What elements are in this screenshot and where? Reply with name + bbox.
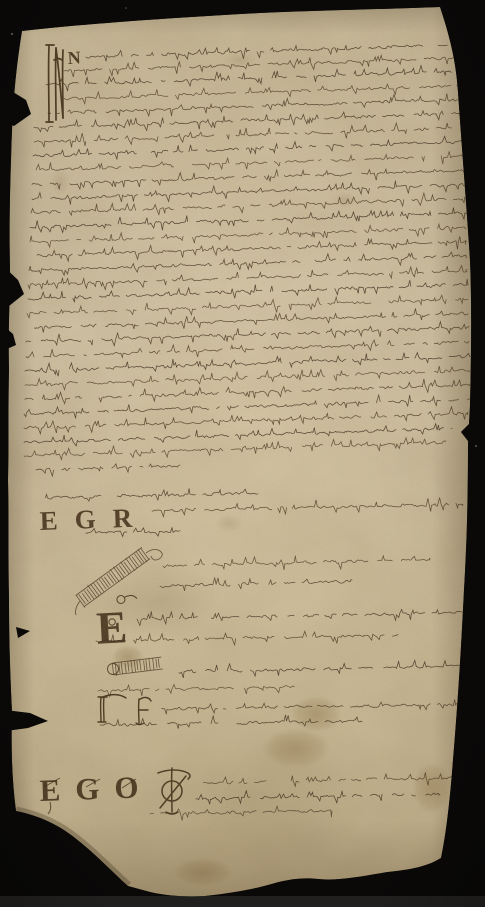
parchment-photo: Photograph of a medieval parchment chart…: [0, 0, 485, 907]
photo-vignette: [0, 0, 485, 907]
photo-stage: Photograph of a medieval parchment chart…: [0, 0, 485, 907]
